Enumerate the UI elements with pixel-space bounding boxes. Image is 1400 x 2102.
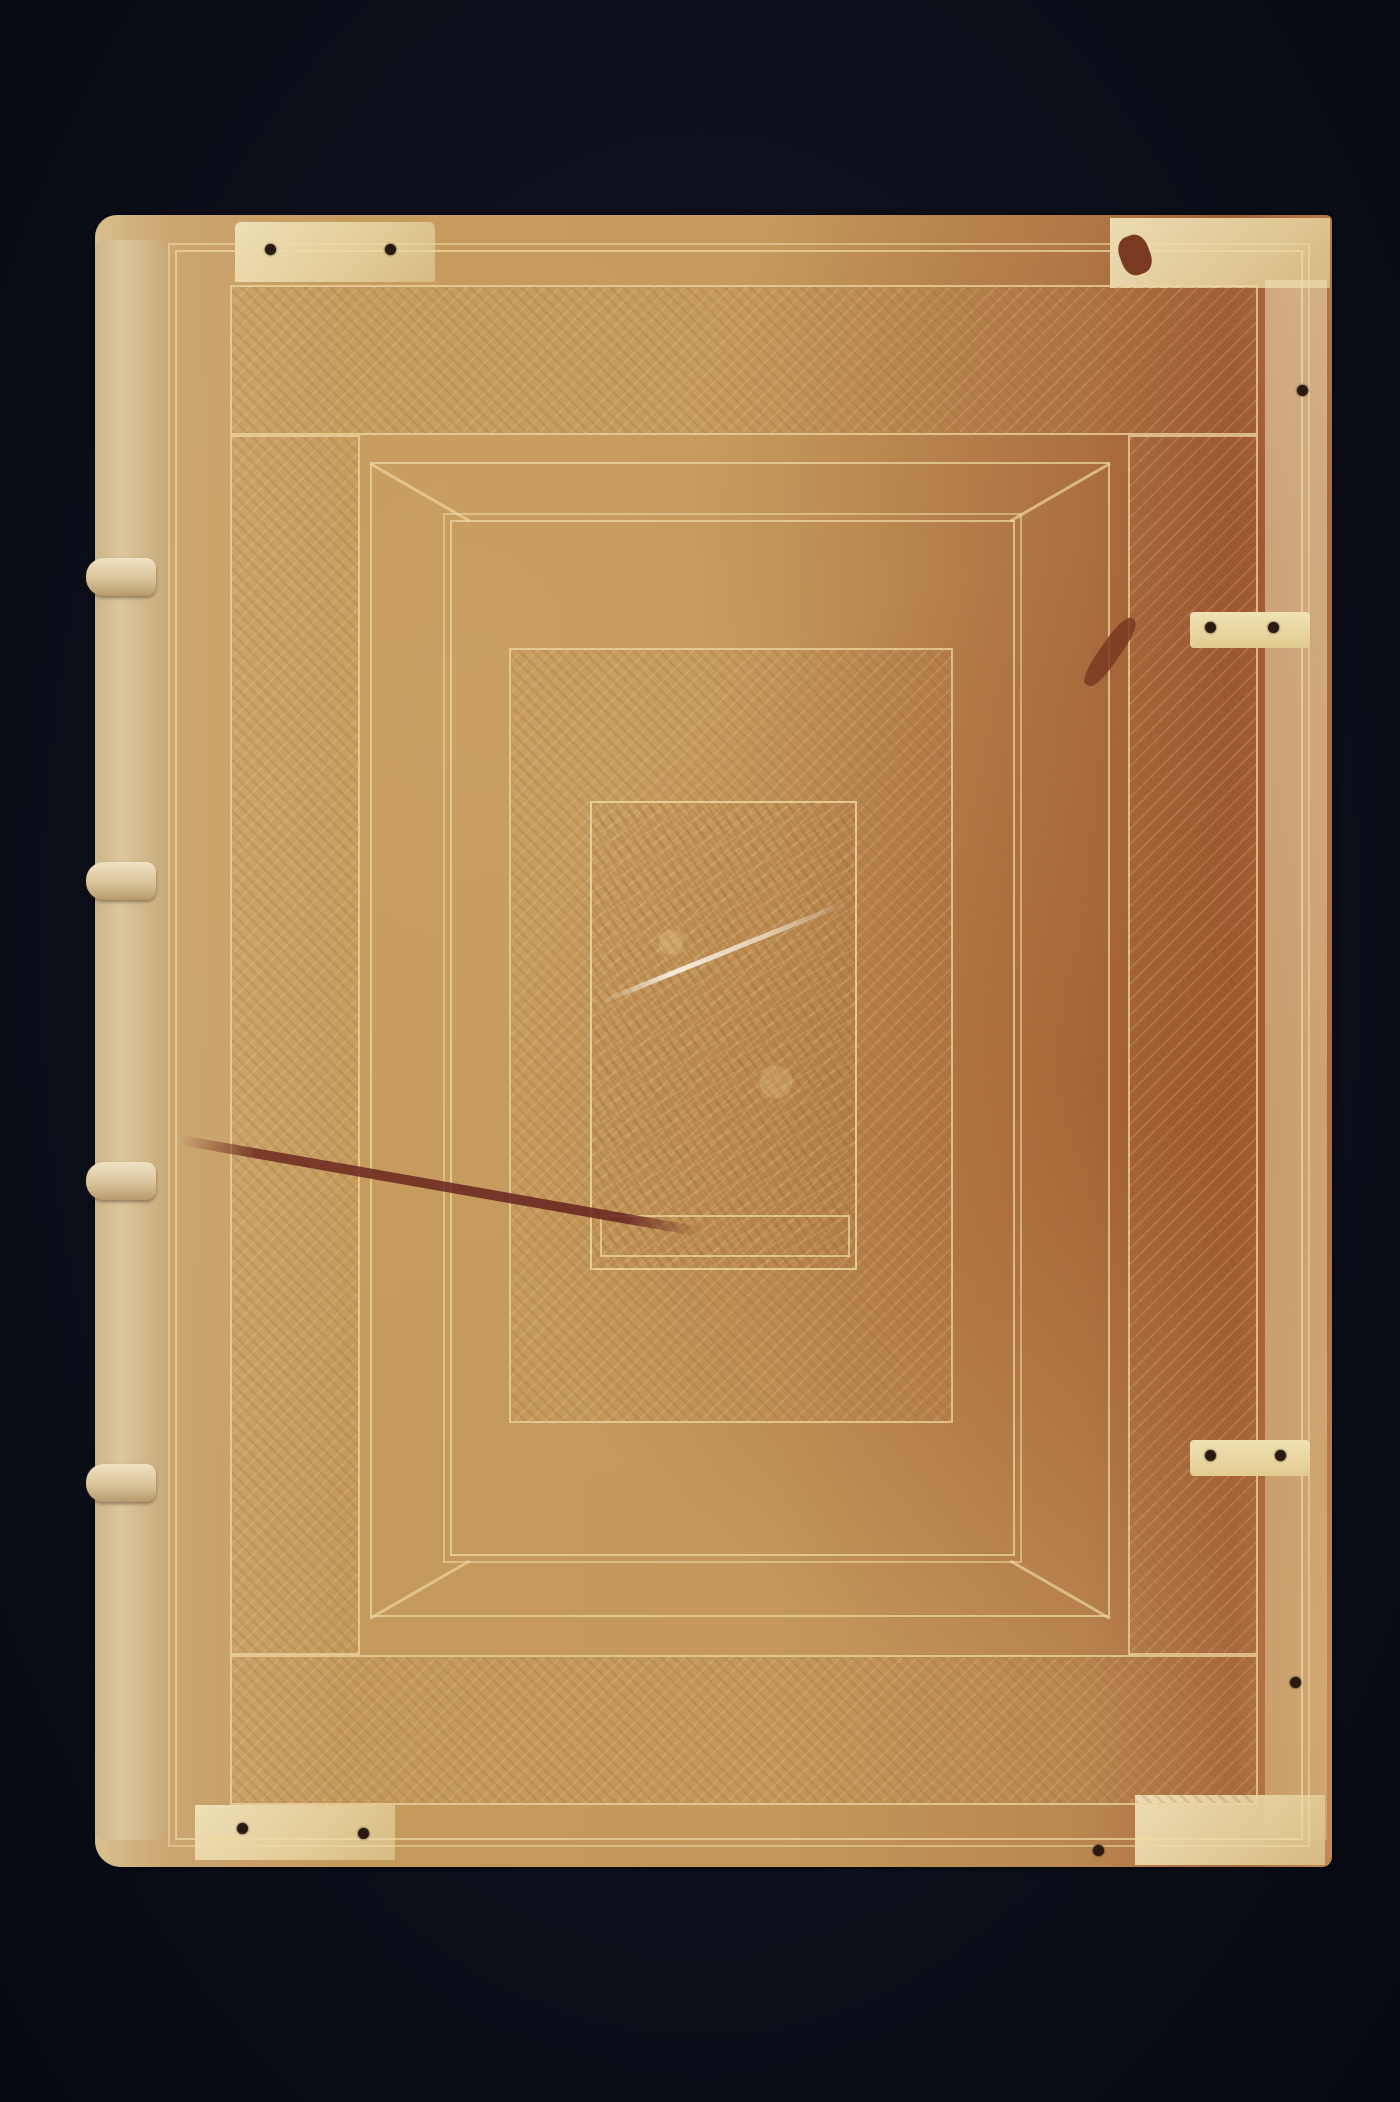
central-panel (590, 801, 857, 1270)
nail-hole (1205, 622, 1216, 633)
outer-roll-border-left (230, 435, 360, 1655)
outer-roll-border-top (230, 285, 1258, 435)
spine-band-4 (86, 1464, 156, 1502)
nail-hole (1205, 1450, 1216, 1461)
nail-hole (385, 244, 396, 255)
nail-hole (358, 1828, 369, 1839)
nail-hole (1093, 1845, 1104, 1856)
spine-band-3 (86, 1162, 156, 1200)
book-spine (95, 240, 163, 1840)
nail-hole (1290, 1677, 1301, 1688)
nail-hole (1275, 1450, 1286, 1461)
spine-band-2 (86, 862, 156, 900)
nail-hole (1297, 385, 1308, 396)
nail-hole (237, 1823, 248, 1834)
spine-band-1 (86, 558, 156, 596)
nail-hole (265, 244, 276, 255)
nail-hole (1268, 622, 1279, 633)
outer-roll-border-bottom (230, 1655, 1258, 1805)
